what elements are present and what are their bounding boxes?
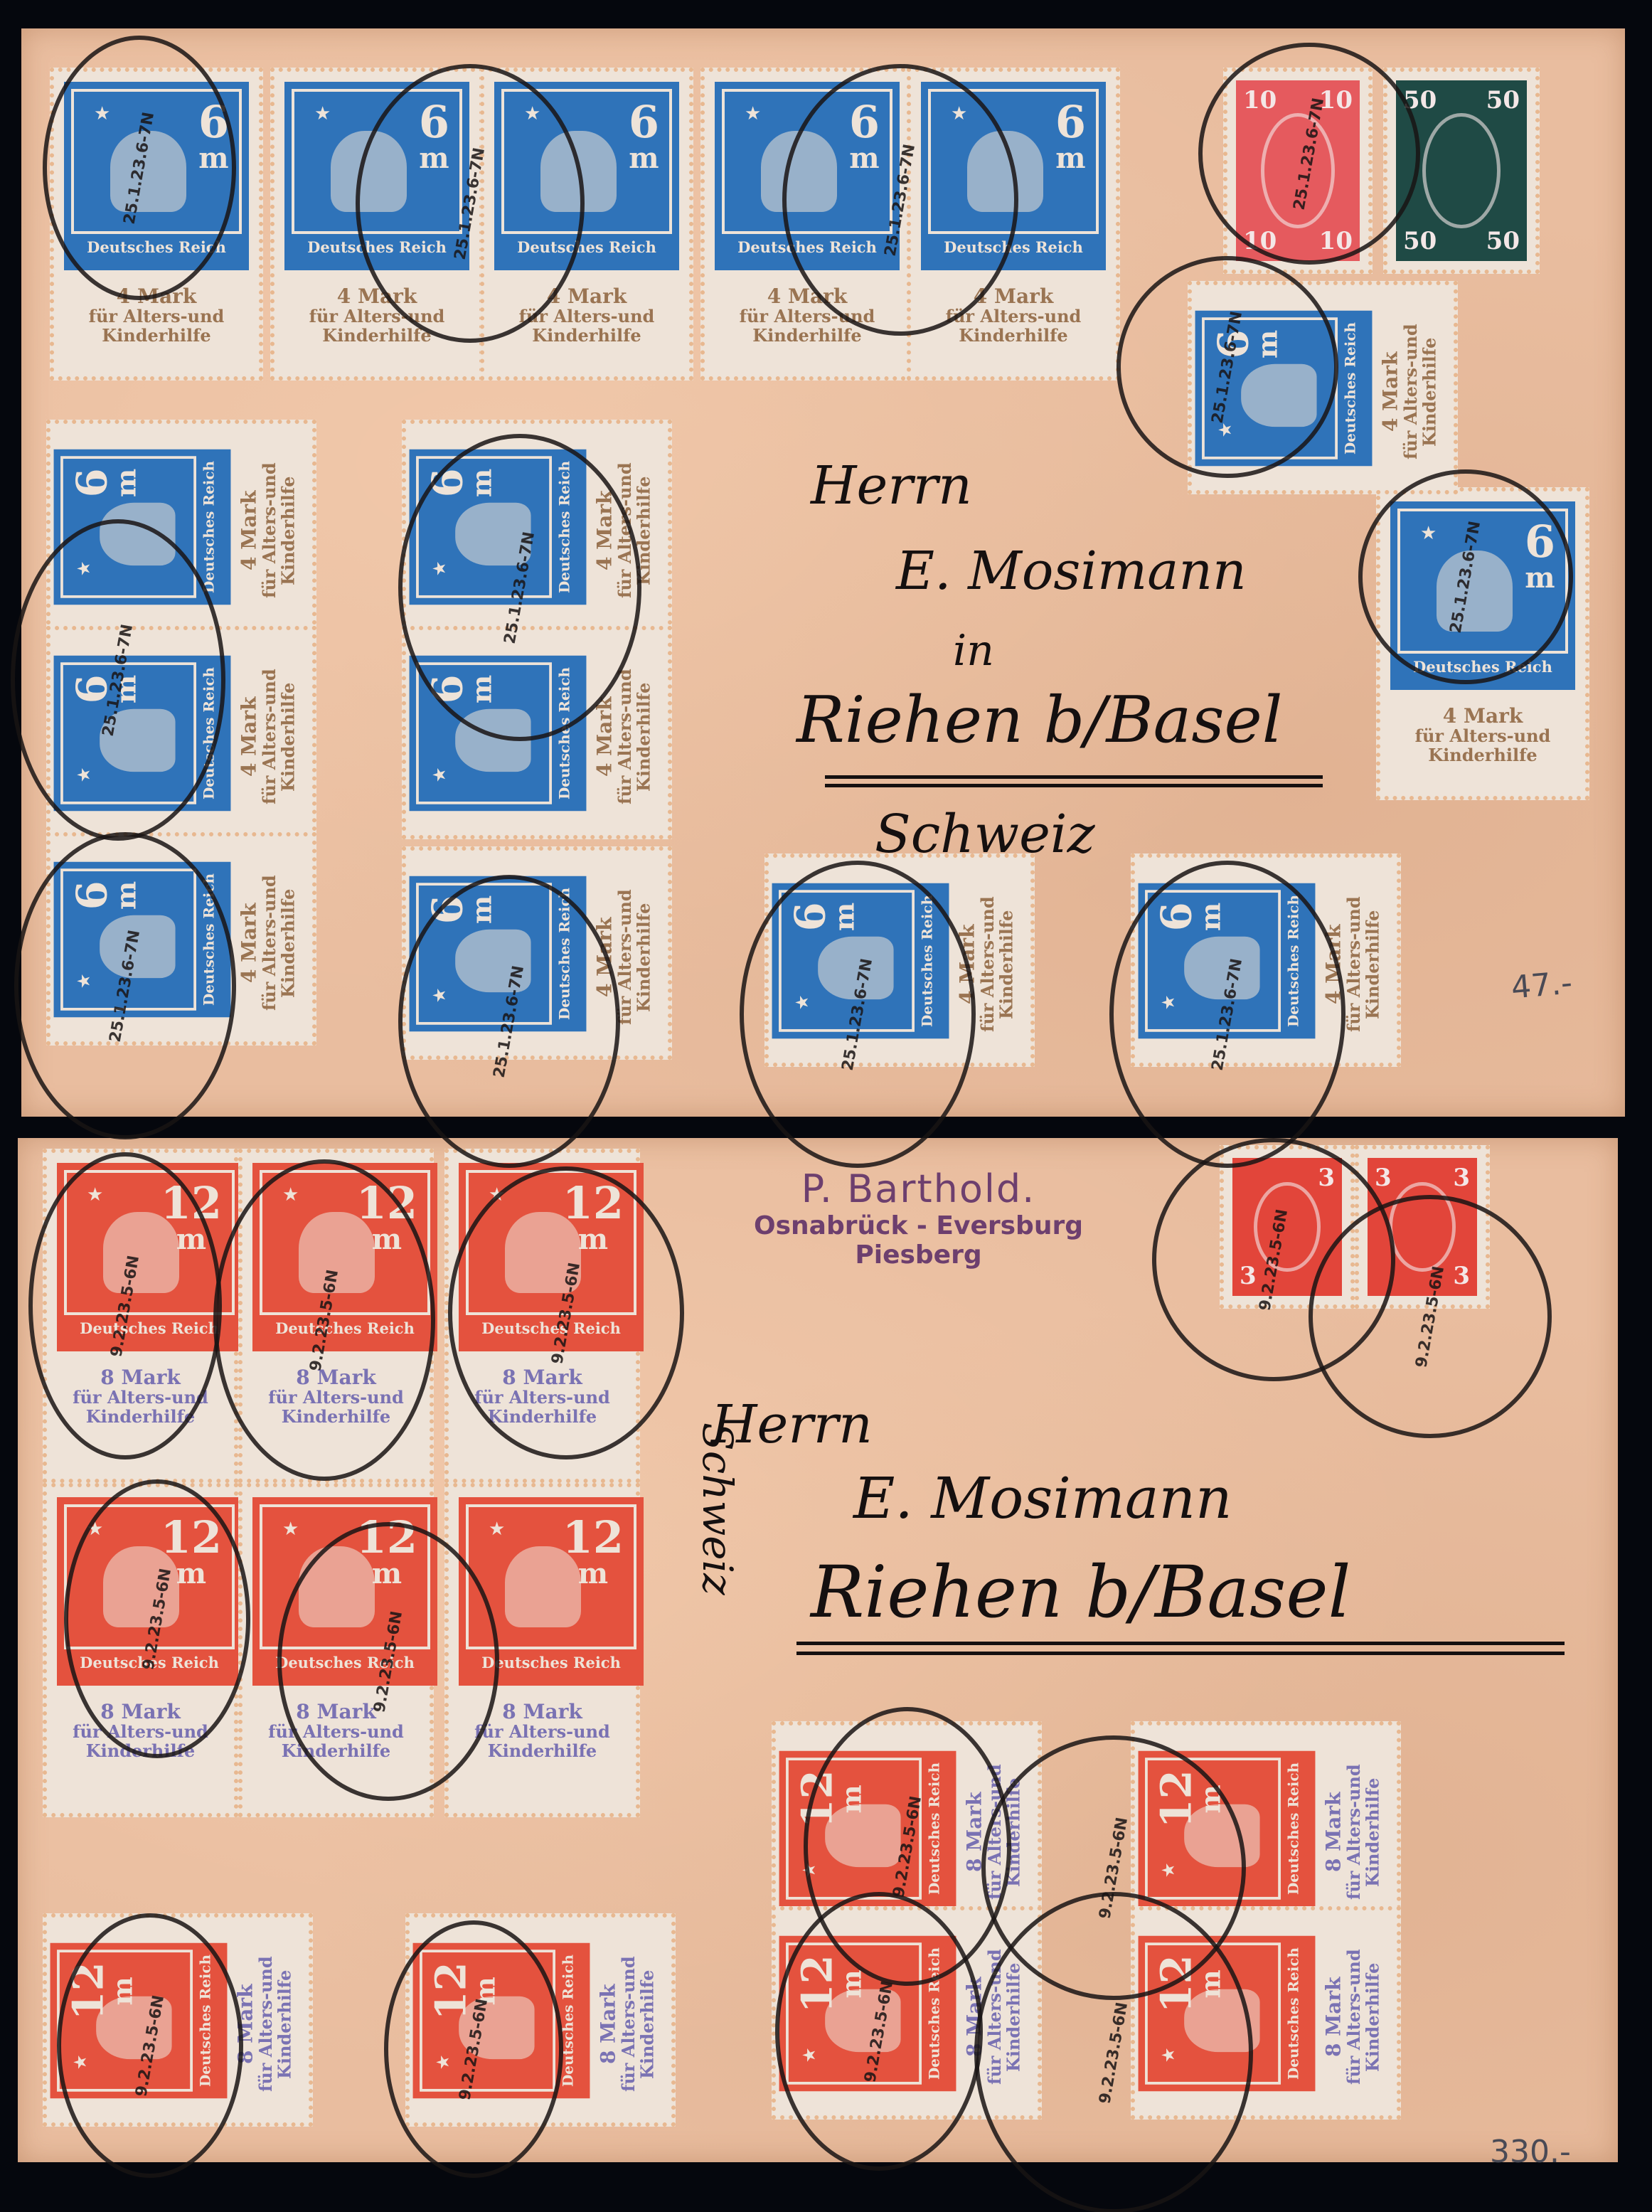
star-icon: ★: [94, 103, 110, 124]
stamp-country: Deutsches Reich: [915, 890, 942, 1032]
sower-figure-icon: [96, 1996, 171, 2058]
sower-figure-icon: [1184, 1804, 1259, 1866]
charity-stamp-6m: ★6mDeutsches Reich4 Markfür Alters-undKi…: [270, 68, 484, 381]
stamp-country: Deutsches Reich: [196, 868, 224, 1011]
sender-locality: Piesberg: [754, 1240, 1083, 1270]
charity-stamp-6m: ★6mDeutsches Reich4 Markfür Alters-undKi…: [480, 68, 693, 381]
sower-figure-icon: [331, 131, 407, 212]
address-underline: [796, 1642, 1565, 1645]
stamp-tab-label: 8 Markfür Alters-undKinderhilfe: [1310, 1747, 1395, 1918]
stamp-design: ★12mDeutsches Reich: [252, 1497, 437, 1686]
sower-figure-icon: [1184, 936, 1259, 999]
star-icon: ★: [314, 103, 331, 124]
star-icon: ★: [74, 767, 95, 782]
stamp-value: 6m: [198, 100, 229, 173]
stamp-tab-label: 4 Markfür Alters-undKinderhilfe: [225, 858, 311, 1028]
sower-figure-icon: [459, 1996, 534, 2058]
stamp-value: 6m: [1525, 520, 1555, 592]
star-icon: ★: [1215, 422, 1236, 437]
stamp-design: ★6mDeutsches Reich: [1195, 311, 1373, 467]
sender-name: P. Barthold.: [754, 1166, 1083, 1211]
stamp-country: Deutsches Reich: [71, 234, 242, 263]
stamp-value: 10: [1243, 227, 1277, 255]
sower-figure-icon: [505, 1212, 581, 1293]
stamp-value: 3: [1453, 1164, 1470, 1192]
stamp-tab-label: 4 Markfür Alters-undKinderhilfe: [61, 285, 252, 346]
charity-stamp-12m: ★12mDeutsches Reich8 Markfür Alters-undK…: [238, 1149, 434, 1483]
address-city: Riehen b/Basel: [796, 683, 1283, 757]
charity-stamp-12m: ★12mDeutsches Reich8 Markfür Alters-undK…: [43, 1483, 238, 1817]
address-city: Riehen b/Basel: [811, 1551, 1351, 1634]
stamp-value: 6m: [427, 674, 496, 703]
star-icon: ★: [430, 767, 450, 782]
stamp-value: 10: [1319, 227, 1353, 255]
stamp-tab-label: 8 Markfür Alters-undKinderhilfe: [951, 1747, 1036, 1918]
stamp-value: 6m: [1213, 329, 1281, 358]
star-icon: ★: [489, 1184, 505, 1206]
sower-figure-icon: [455, 929, 531, 991]
stamp-tab-label: 4 Markfür Alters-undKinderhilfe: [1367, 307, 1452, 477]
stamp-value: 6m: [629, 100, 659, 173]
stamp-country: Deutsches Reich: [260, 1315, 430, 1344]
star-icon: ★: [524, 103, 540, 124]
charity-stamp-12m: ★12mDeutsches Reich8 Markfür Alters-undK…: [238, 1483, 434, 1817]
stamp-tab-label: 8 Markfür Alters-undKinderhilfe: [54, 1366, 227, 1427]
charity-stamp-6m: ★6mDeutsches Reich4 Markfür Alters-undKi…: [50, 68, 263, 381]
star-icon: ★: [430, 987, 450, 1003]
stamp-country: Deutsches Reich: [196, 662, 224, 804]
posthorn-icon: [1422, 113, 1500, 228]
star-icon: ★: [951, 103, 967, 124]
sower-figure-icon: [1437, 551, 1513, 632]
stamp-tab-label: 4 Markfür Alters-undKinderhilfe: [491, 285, 682, 346]
posthorn-icon: [1389, 1182, 1455, 1272]
stamp-value: 6m: [849, 100, 880, 173]
stamp-country: Deutsches Reich: [1281, 1942, 1309, 2085]
address-country: Schweiz: [875, 804, 1095, 865]
stamp-country: Deutsches Reich: [292, 234, 462, 263]
stamp-country: Deutsches Reich: [64, 1649, 235, 1679]
stamp-country: Deutsches Reich: [552, 883, 580, 1025]
stamp-country: Deutsches Reich: [928, 234, 1099, 263]
stamp-value: 6m: [71, 881, 140, 910]
charity-stamp-6m: ★6mDeutsches Reich4 Markfür Alters-undKi…: [402, 846, 672, 1060]
stamp-design: ★12mDeutsches Reich: [252, 1163, 437, 1351]
stamp-value: 6m: [1055, 100, 1086, 173]
stamp-country: Deutsches Reich: [501, 234, 672, 263]
pencil-price-note: 47.-: [1510, 964, 1574, 1006]
sower-figure-icon: [825, 1804, 900, 1866]
stamp-design: ★6mDeutsches Reich: [921, 82, 1106, 270]
charity-stamp-12m: ★12mDeutsches Reich8 Markfür Alters-undK…: [43, 1913, 313, 2127]
sower-figure-icon: [299, 1212, 375, 1293]
charity-stamp-6m: ★6mDeutsches Reich4 Markfür Alters-undKi…: [1188, 281, 1458, 494]
sower-figure-icon: [100, 915, 175, 977]
stamp-tab-label: 8 Markfür Alters-undKinderhilfe: [585, 1939, 670, 2110]
star-icon: ★: [1158, 1862, 1179, 1878]
stamp-country: Deutsches Reich: [922, 1942, 949, 2085]
sower-figure-icon: [110, 131, 186, 212]
stamp-country: Deutsches Reich: [1281, 890, 1309, 1032]
stamp-tab-label: 8 Markfür Alters-undKinderhilfe: [456, 1701, 629, 1761]
stamp-tab-label: 4 Markfür Alters-undKinderhilfe: [225, 445, 311, 616]
star-icon: ★: [282, 1519, 299, 1540]
star-icon: ★: [433, 2054, 454, 2070]
sower-figure-icon: [818, 936, 893, 999]
stamp-value: 6m: [71, 468, 140, 497]
address-underline: [825, 784, 1323, 787]
stamp-design: ★12mDeutsches Reich: [57, 1163, 242, 1351]
stamp-country: Deutsches Reich: [466, 1649, 636, 1679]
sower-figure-icon: [1184, 1989, 1259, 2051]
stamp-value: 50: [1403, 86, 1437, 115]
stamp-tab-label: 4 Markfür Alters-undKinderhilfe: [581, 445, 666, 616]
address-salutation: Herrn: [811, 455, 972, 516]
charity-stamp-6m: ★6mDeutsches Reich4 Markfür Alters-undKi…: [46, 832, 316, 1046]
charity-stamp-6m: ★6mDeutsches Reich4 Markfür Alters-undKi…: [700, 68, 914, 381]
charity-stamp-6m: ★6mDeutsches Reich4 Markfür Alters-undKi…: [46, 626, 316, 839]
star-icon: ★: [792, 994, 813, 1010]
stamp-tab-label: 8 Markfür Alters-undKinderhilfe: [250, 1701, 422, 1761]
sender-town: Osnabrück - Eversburg: [754, 1211, 1083, 1240]
charity-stamp-12m: ★12mDeutsches Reich8 Markfür Alters-undK…: [1131, 1906, 1401, 2120]
sower-figure-icon: [761, 131, 837, 212]
posthorn-icon: [1261, 113, 1335, 228]
stamp-value: 50: [1403, 227, 1437, 255]
stamp-value: 6m: [789, 902, 858, 931]
sower-figure-icon: [540, 131, 617, 212]
stamp-design: ★12mDeutsches Reich: [779, 1936, 956, 2092]
stamp-design: ★6mDeutsches Reich: [410, 876, 587, 1032]
stamp-value: 6m: [427, 895, 496, 924]
stamp-country: Deutsches Reich: [466, 1315, 636, 1344]
stamp-tab-label: 4 Markfür Alters-undKinderhilfe: [581, 872, 666, 1043]
stamp-value: 6m: [427, 468, 496, 497]
stamp-design: ★6mDeutsches Reich: [284, 82, 469, 270]
charity-stamp-6m: ★6mDeutsches Reich4 Markfür Alters-undKi…: [402, 626, 672, 839]
address-preposition: in: [953, 626, 994, 676]
stamp-design: ★12mDeutsches Reich: [1139, 1751, 1316, 1907]
sower-figure-icon: [455, 502, 531, 565]
stamp-design: ★12mDeutsches Reich: [57, 1497, 242, 1686]
star-icon: ★: [489, 1519, 505, 1540]
star-icon: ★: [1158, 2047, 1179, 2063]
stamp-design: ★12mDeutsches Reich: [1139, 1936, 1316, 2092]
sender-handstamp: P. Barthold. Osnabrück - Eversburg Piesb…: [754, 1166, 1083, 1270]
stamp-design: ★6mDeutsches Reich: [494, 82, 679, 270]
star-icon: ★: [1158, 994, 1179, 1010]
charity-stamp-6m: ★6mDeutsches Reich4 Markfür Alters-undKi…: [1376, 487, 1589, 800]
stamp-tab-label: 8 Markfür Alters-undKinderhilfe: [250, 1366, 422, 1427]
address-underline: [825, 775, 1323, 779]
stamp-10-mark: 10 10 10 10: [1223, 68, 1373, 274]
stamp-tab-label: 4 Markfür Alters-undKinderhilfe: [282, 285, 472, 346]
stamp-tab-label: 8 Markfür Alters-undKinderhilfe: [951, 1932, 1036, 2102]
star-icon: ★: [430, 560, 450, 576]
star-icon: ★: [282, 1184, 299, 1206]
stamp-country: Deutsches Reich: [1281, 1758, 1309, 1900]
stamp-design: ★6mDeutsches Reich: [772, 883, 949, 1039]
stamp-value: 3: [1240, 1262, 1257, 1290]
stamp-3-mark: 3 3 3: [1355, 1145, 1490, 1309]
stamp-value: 6m: [1156, 902, 1225, 931]
stamp-tab-label: 8 Markfür Alters-undKinderhilfe: [456, 1366, 629, 1427]
stamp-tab-label: 4 Markfür Alters-undKinderhilfe: [581, 652, 666, 822]
pencil-price-note: 330.-: [1490, 2134, 1571, 2170]
stamp-tab-label: 4 Markfür Alters-undKinderhilfe: [712, 285, 902, 346]
address-name: E. Mosimann: [896, 541, 1247, 602]
stamp-design: ★12mDeutsches Reich: [459, 1497, 644, 1686]
stamp-value: 3: [1453, 1262, 1470, 1290]
sower-figure-icon: [455, 708, 531, 771]
stamp-design: ★6mDeutsches Reich: [715, 82, 900, 270]
star-icon: ★: [74, 560, 95, 576]
stamp-design: ★12mDeutsches Reich: [459, 1163, 644, 1351]
stamp-value: 10: [1319, 86, 1353, 115]
sower-figure-icon: [967, 131, 1043, 212]
stamp-country: Deutsches Reich: [555, 1950, 583, 2092]
stamp-value: 6m: [419, 100, 449, 173]
stamp-design: ★12mDeutsches Reich: [779, 1751, 956, 1907]
stamp-tab-label: 4 Markfür Alters-undKinderhilfe: [944, 879, 1029, 1050]
charity-stamp-12m: ★12mDeutsches Reich8 Markfür Alters-undK…: [444, 1149, 640, 1483]
star-icon: ★: [70, 2054, 91, 2070]
stamp-value: 3: [1318, 1164, 1335, 1192]
stamp-value: 50: [1486, 86, 1520, 115]
star-icon: ★: [1420, 523, 1437, 544]
stamp-country: Deutsches Reich: [722, 234, 892, 263]
charity-stamp-6m: ★6mDeutsches Reich4 Markfür Alters-undKi…: [402, 420, 672, 633]
sower-figure-icon: [1241, 363, 1316, 426]
star-icon: ★: [745, 103, 761, 124]
stamp-design: ★6mDeutsches Reich: [54, 862, 231, 1018]
stamp-country: Deutsches Reich: [552, 456, 580, 598]
sower-figure-icon: [100, 708, 175, 771]
stamp-tab-label: 8 Markfür Alters-undKinderhilfe: [222, 1939, 307, 2110]
address-underline: [796, 1652, 1565, 1655]
charity-stamp-12m: ★12mDeutsches Reich8 Markfür Alters-undK…: [444, 1483, 640, 1817]
sower-figure-icon: [505, 1546, 581, 1627]
stamp-country: Deutsches Reich: [552, 662, 580, 804]
stamp-tab-label: 4 Markfür Alters-undKinderhilfe: [918, 285, 1109, 346]
address-country: Schweiz: [693, 1423, 742, 1595]
stamp-tab-label: 8 Markfür Alters-undKinderhilfe: [1310, 1932, 1395, 2102]
stamp-tab-label: 4 Markfür Alters-undKinderhilfe: [1310, 879, 1395, 1050]
stamp-country: Deutsches Reich: [196, 456, 224, 598]
charity-stamp-12m: ★12mDeutsches Reich8 Markfür Alters-undK…: [772, 1721, 1042, 1935]
star-icon: ★: [799, 1862, 820, 1878]
stamp-design: ★6mDeutsches Reich: [410, 450, 587, 605]
charity-stamp-6m: ★6mDeutsches Reich4 Markfür Alters-undKi…: [46, 420, 316, 633]
charity-stamp-12m: ★12mDeutsches Reich8 Markfür Alters-undK…: [405, 1913, 676, 2127]
star-icon: ★: [87, 1519, 103, 1540]
charity-stamp-6m: ★6mDeutsches Reich4 Markfür Alters-undKi…: [907, 68, 1120, 381]
charity-stamp-6m: ★6mDeutsches Reich4 Markfür Alters-undKi…: [1131, 854, 1401, 1067]
stamp-value: 50: [1486, 227, 1520, 255]
stamp-design: ★6mDeutsches Reich: [1139, 883, 1316, 1039]
star-icon: ★: [799, 2047, 820, 2063]
charity-stamp-12m: ★12mDeutsches Reich8 Markfür Alters-undK…: [772, 1906, 1042, 2120]
stamp-country: Deutsches Reich: [260, 1649, 430, 1679]
sower-figure-icon: [103, 1212, 179, 1293]
stamp-country: Deutsches Reich: [193, 1950, 220, 2092]
stamp-value: 3: [1375, 1164, 1392, 1192]
sower-figure-icon: [100, 502, 175, 565]
stamp-design: ★6mDeutsches Reich: [1390, 501, 1575, 690]
charity-stamp-12m: ★12mDeutsches Reich8 Markfür Alters-undK…: [43, 1149, 238, 1483]
stamp-design: ★12mDeutsches Reich: [413, 1943, 590, 2099]
stamp-tab-label: 4 Markfür Alters-undKinderhilfe: [225, 652, 311, 822]
stamp-value: 10: [1243, 86, 1277, 115]
sower-figure-icon: [103, 1546, 179, 1627]
stamp-design: ★6mDeutsches Reich: [410, 656, 587, 812]
stamp-50-mark: 50 50 50 50: [1383, 68, 1540, 274]
charity-stamp-12m: ★12mDeutsches Reich8 Markfür Alters-undK…: [1131, 1721, 1401, 1935]
stamp-design: ★12mDeutsches Reich: [50, 1943, 228, 2099]
stamp-value: 6m: [71, 674, 140, 703]
stamp-country: Deutsches Reich: [1397, 654, 1568, 683]
sower-figure-icon: [299, 1546, 375, 1627]
star-icon: ★: [87, 1184, 103, 1206]
stamp-tab-label: 8 Markfür Alters-undKinderhilfe: [54, 1701, 227, 1761]
stamp-3-mark: 3 3: [1220, 1145, 1355, 1309]
stamp-country: Deutsches Reich: [1338, 317, 1365, 459]
stamp-country: Deutsches Reich: [64, 1315, 235, 1344]
address-name: E. Mosimann: [853, 1465, 1232, 1531]
star-icon: ★: [74, 973, 95, 989]
stamp-design: ★6mDeutsches Reich: [54, 656, 231, 812]
stamp-design: ★6mDeutsches Reich: [64, 82, 249, 270]
charity-stamp-6m: ★6mDeutsches Reich4 Markfür Alters-undKi…: [764, 854, 1035, 1067]
posthorn-icon: [1254, 1182, 1320, 1272]
stamp-country: Deutsches Reich: [922, 1758, 949, 1900]
sower-figure-icon: [825, 1989, 900, 2051]
stamp-design: ★6mDeutsches Reich: [54, 450, 231, 605]
stamp-tab-label: 4 Markfür Alters-undKinderhilfe: [1387, 705, 1578, 765]
